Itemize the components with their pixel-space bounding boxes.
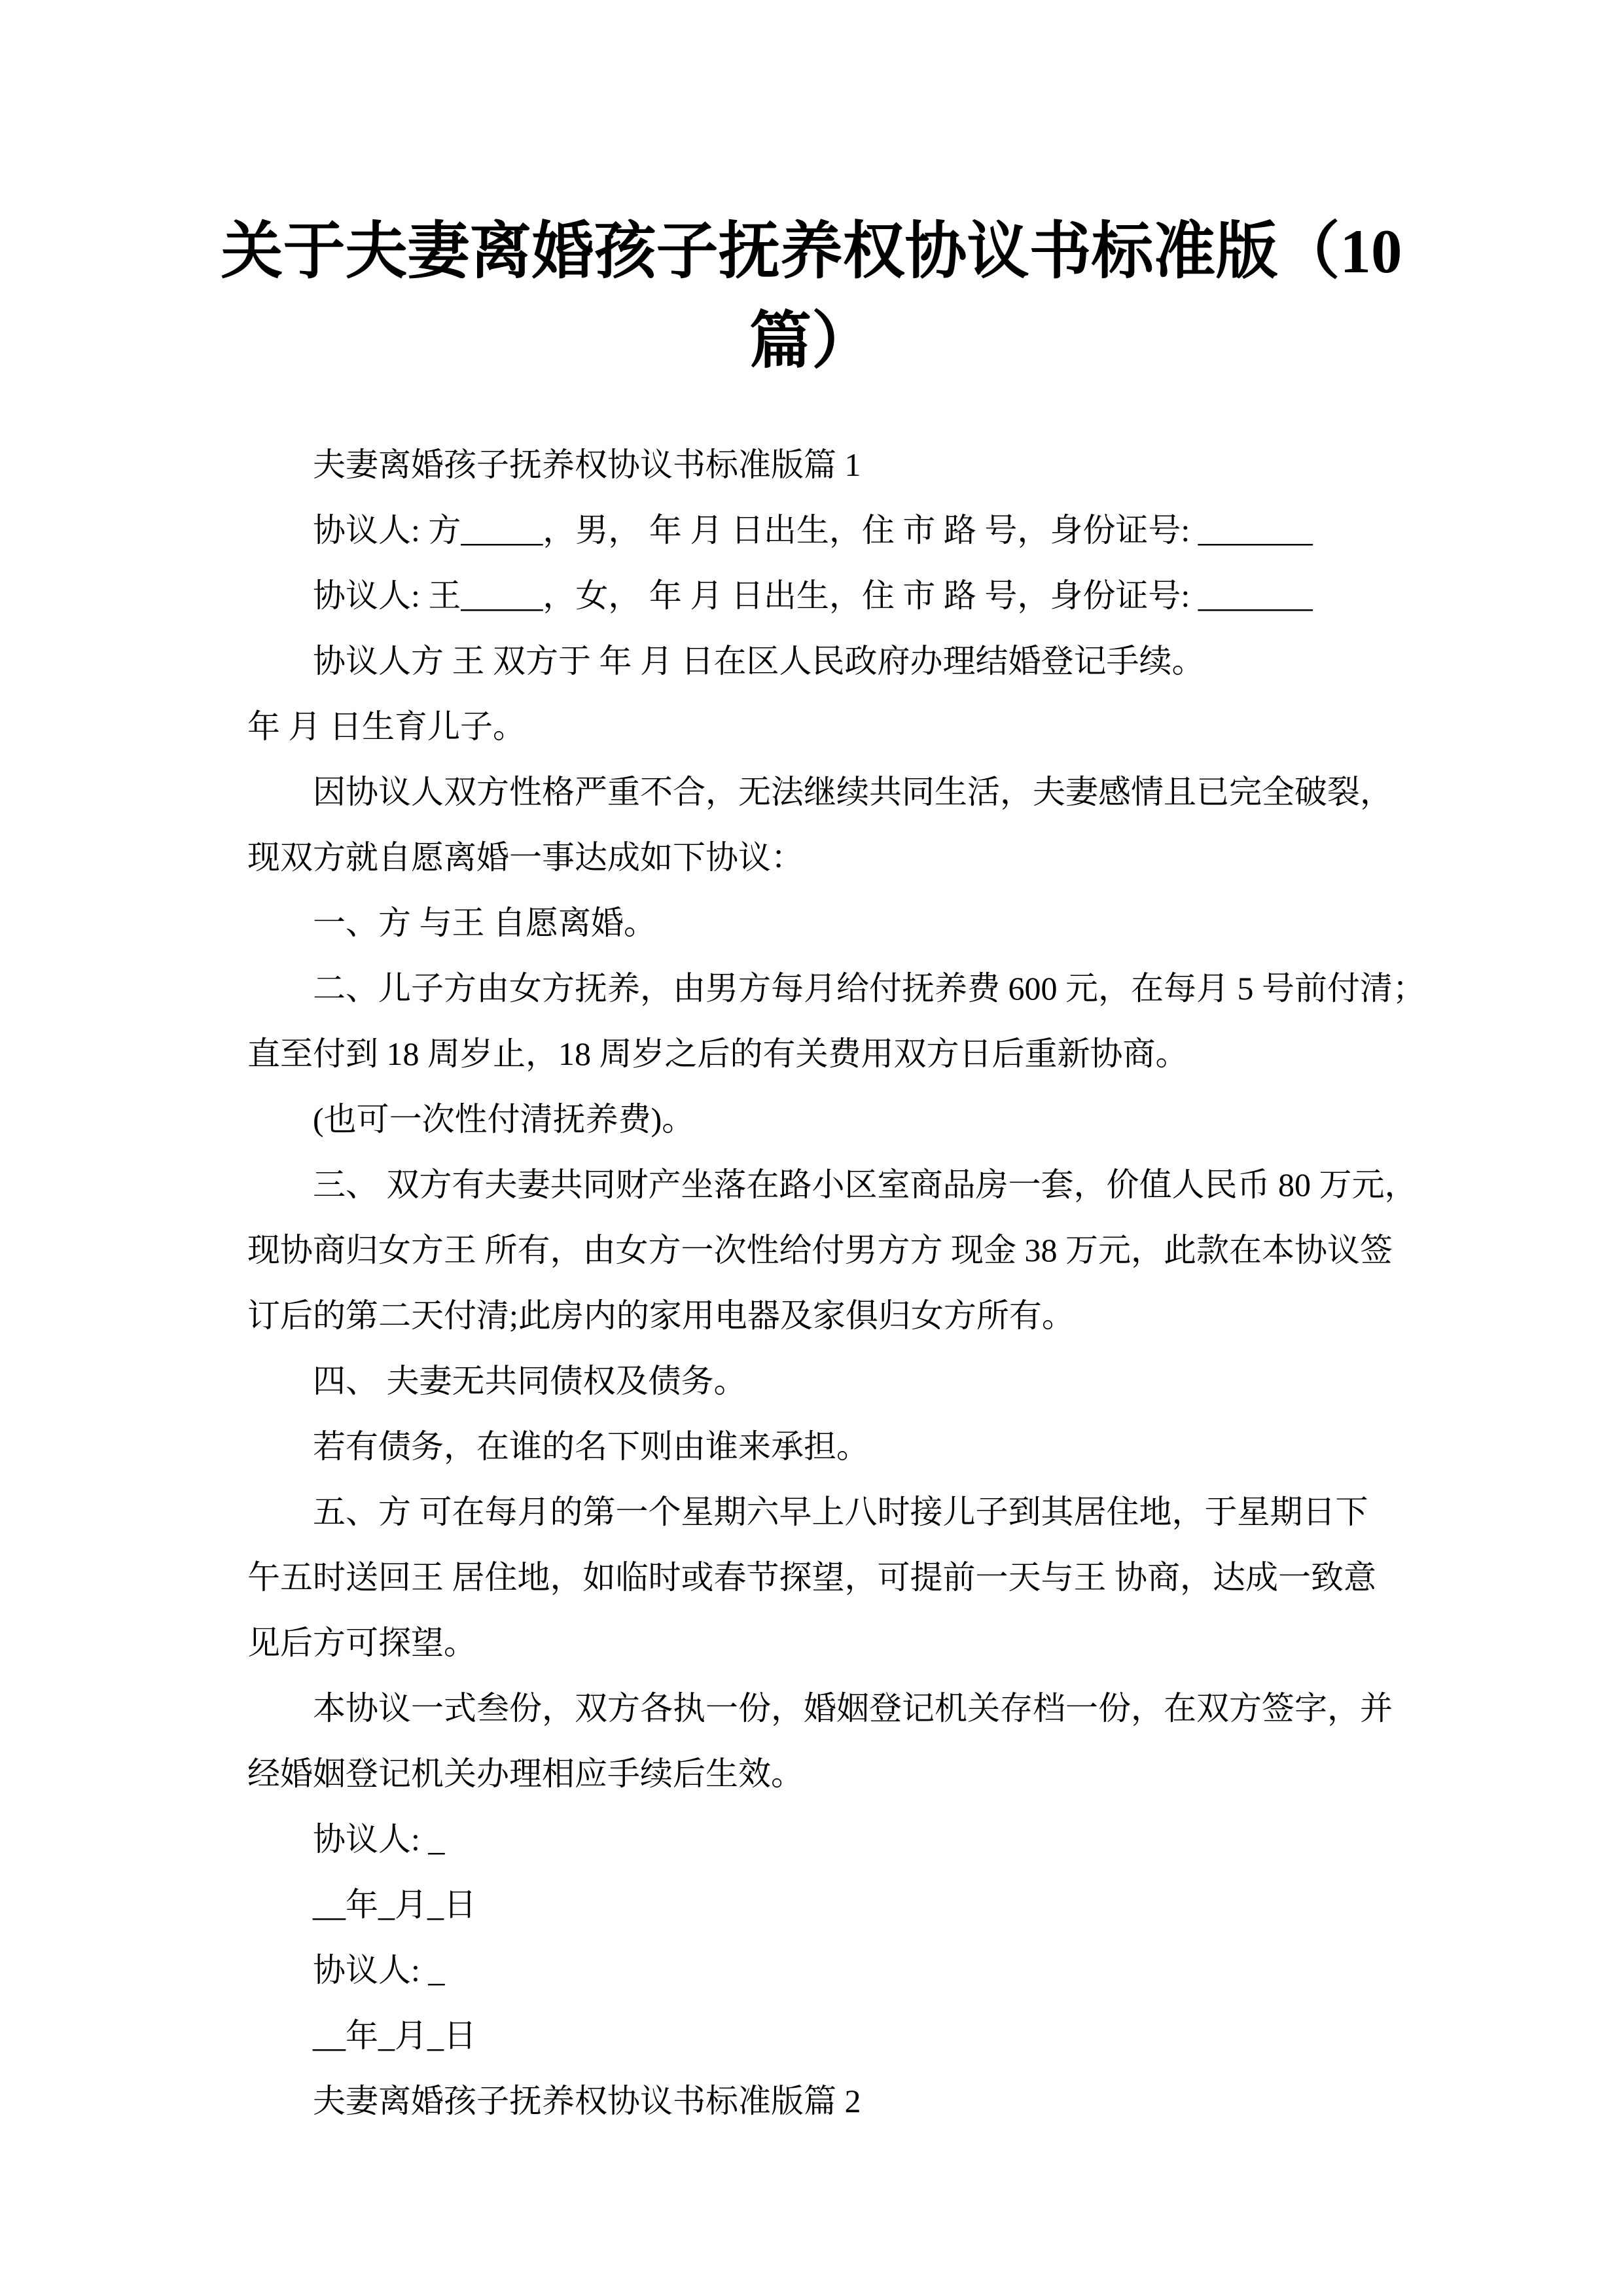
document-line: 因协议人双方性格严重不合，无法继续共同生活，夫妻感情且已完全破裂， xyxy=(247,759,1394,825)
document-line: 午五时送回王 居住地，如临时或春节探望，可提前一天与王 协商，达成一致意 xyxy=(247,1545,1394,1610)
document-line: 经婚姻登记机关办理相应手续后生效。 xyxy=(247,1741,1394,1806)
document-line: 四、 夫妻无共同债权及债务。 xyxy=(247,1348,1394,1414)
document-line: 协议人: 方_____，男， 年 月 日出生，住 市 路 号，身份证号: ___… xyxy=(247,497,1394,563)
document-line: 年 月 日生育儿子。 xyxy=(247,694,1394,759)
document-line: 订后的第二天付清;此房内的家用电器及家俱归女方所有。 xyxy=(247,1283,1394,1348)
document-page: 关于夫妻离婚孩子抚养权协议书标准版（10篇） 夫妻离婚孩子抚养权协议书标准版篇 … xyxy=(0,0,1623,2296)
document-line: __年_月_日 xyxy=(247,1872,1394,1937)
document-line: 若有债务，在谁的名下则由谁来承担。 xyxy=(247,1414,1394,1479)
document-line: 夫妻离婚孩子抚养权协议书标准版篇 2 xyxy=(247,2068,1394,2134)
document-line: 夫妻离婚孩子抚养权协议书标准版篇 1 xyxy=(247,432,1394,497)
document-title: 关于夫妻离婚孩子抚养权协议书标准版（10篇） xyxy=(203,207,1420,386)
document-line: 协议人: _ xyxy=(247,1937,1394,2003)
document-line: 二、儿子方由女方抚养，由男方每月给付抚养费 600 元，在每月 5 号前付清； xyxy=(247,956,1394,1021)
document-line: 三、 双方有夫妻共同财产坐落在路小区室商品房一套，价值人民币 80 万元， xyxy=(247,1152,1394,1217)
document-line: (也可一次性付清抚养费)。 xyxy=(247,1086,1394,1152)
document-line: 见后方可探望。 xyxy=(247,1610,1394,1676)
document-line: 协议人: _ xyxy=(247,1806,1394,1872)
document-body: 夫妻离婚孩子抚养权协议书标准版篇 1协议人: 方_____，男， 年 月 日出生… xyxy=(247,432,1394,2134)
document-line: 本协议一式叁份，双方各执一份，婚姻登记机关存档一份，在双方签字，并 xyxy=(247,1676,1394,1741)
document-line: __年_月_日 xyxy=(247,2003,1394,2068)
document-line: 直至付到 18 周岁止，18 周岁之后的有关费用双方日后重新协商。 xyxy=(247,1021,1394,1086)
document-line: 协议人方 王 双方于 年 月 日在区人民政府办理结婚登记手续。 xyxy=(247,628,1394,694)
document-line: 一、方 与王 自愿离婚。 xyxy=(247,890,1394,956)
document-line: 现协商归女方王 所有，由女方一次性给付男方方 现金 38 万元，此款在本协议签 xyxy=(247,1217,1394,1283)
document-line: 现双方就自愿离婚一事达成如下协议： xyxy=(247,825,1394,890)
document-line: 五、方 可在每月的第一个星期六早上八时接儿子到其居住地，于星期日下 xyxy=(247,1479,1394,1545)
document-line: 协议人: 王_____，女， 年 月 日出生，住 市 路 号，身份证号: ___… xyxy=(247,563,1394,628)
